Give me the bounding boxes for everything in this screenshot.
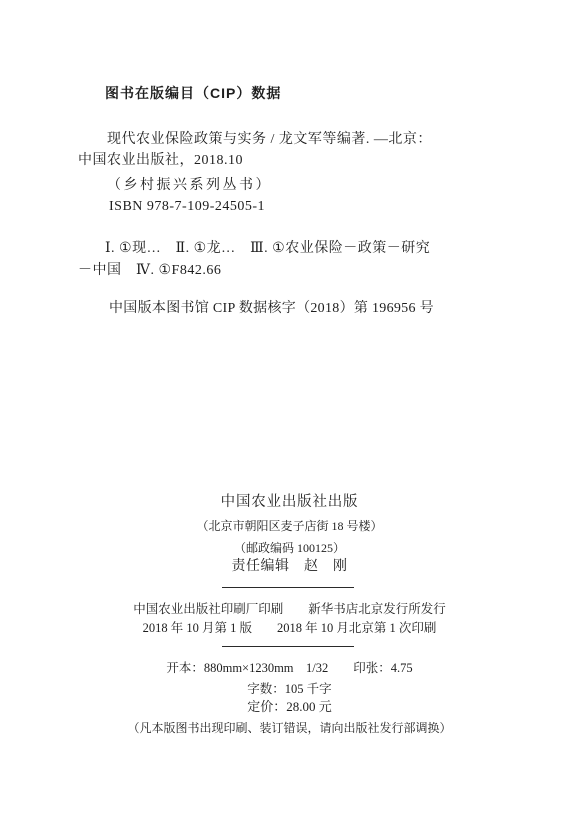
colophon-price-line: 定价：28.00 元: [0, 699, 579, 715]
colophon-edition-line: 2018 年 10 月第 1 版 2018 年 10 月北京第 1 次印刷: [0, 621, 579, 637]
divider: [222, 646, 354, 647]
colophon-errata-note-line: （凡本版图书出现印刷、装订错误，请向出版社发行部调换）: [0, 721, 579, 736]
cip-heading: 图书在版编目（CIP）数据: [105, 85, 281, 103]
divider: [222, 587, 354, 588]
cip-publisher-line: 中国农业出版社，2018.10: [78, 152, 243, 170]
colophon-wordcount-line: 字数：105 千字: [0, 682, 579, 698]
cip-classification-line-2: －中国 Ⅳ. ①F842.66: [78, 262, 221, 280]
cip-isbn-line: ISBN 978-7-109-24505-1: [109, 198, 265, 216]
colophon-address-line: （北京市朝阳区麦子店街 18 号楼）: [0, 519, 579, 534]
colophon-postcode-line: （邮政编码 100125）: [0, 541, 579, 556]
colophon-format-line: 开本：880mm×1230mm 1/32 印张：4.75: [0, 661, 579, 677]
cip-classification-line-1: Ⅰ. ①现… Ⅱ. ①龙… Ⅲ. ①农业保险－政策－研究: [105, 240, 430, 258]
cip-title-line: 现代农业保险政策与实务 / 龙文军等编著. —北京：: [107, 131, 432, 149]
colophon-publisher-line: 中国农业出版社出版: [0, 493, 579, 511]
colophon-printer-line: 中国农业出版社印刷厂印刷 新华书店北京发行所发行: [0, 602, 579, 618]
colophon-editor-line: 责任编辑 赵 刚: [0, 558, 579, 576]
cip-record-number-line: 中国版本图书馆 CIP 数据核字（2018）第 196956 号: [109, 300, 434, 318]
cip-series-line: （乡村振兴系列丛书）: [107, 177, 272, 195]
copyright-page: 图书在版编目（CIP）数据 现代农业保险政策与实务 / 龙文军等编著. —北京：…: [0, 0, 579, 827]
